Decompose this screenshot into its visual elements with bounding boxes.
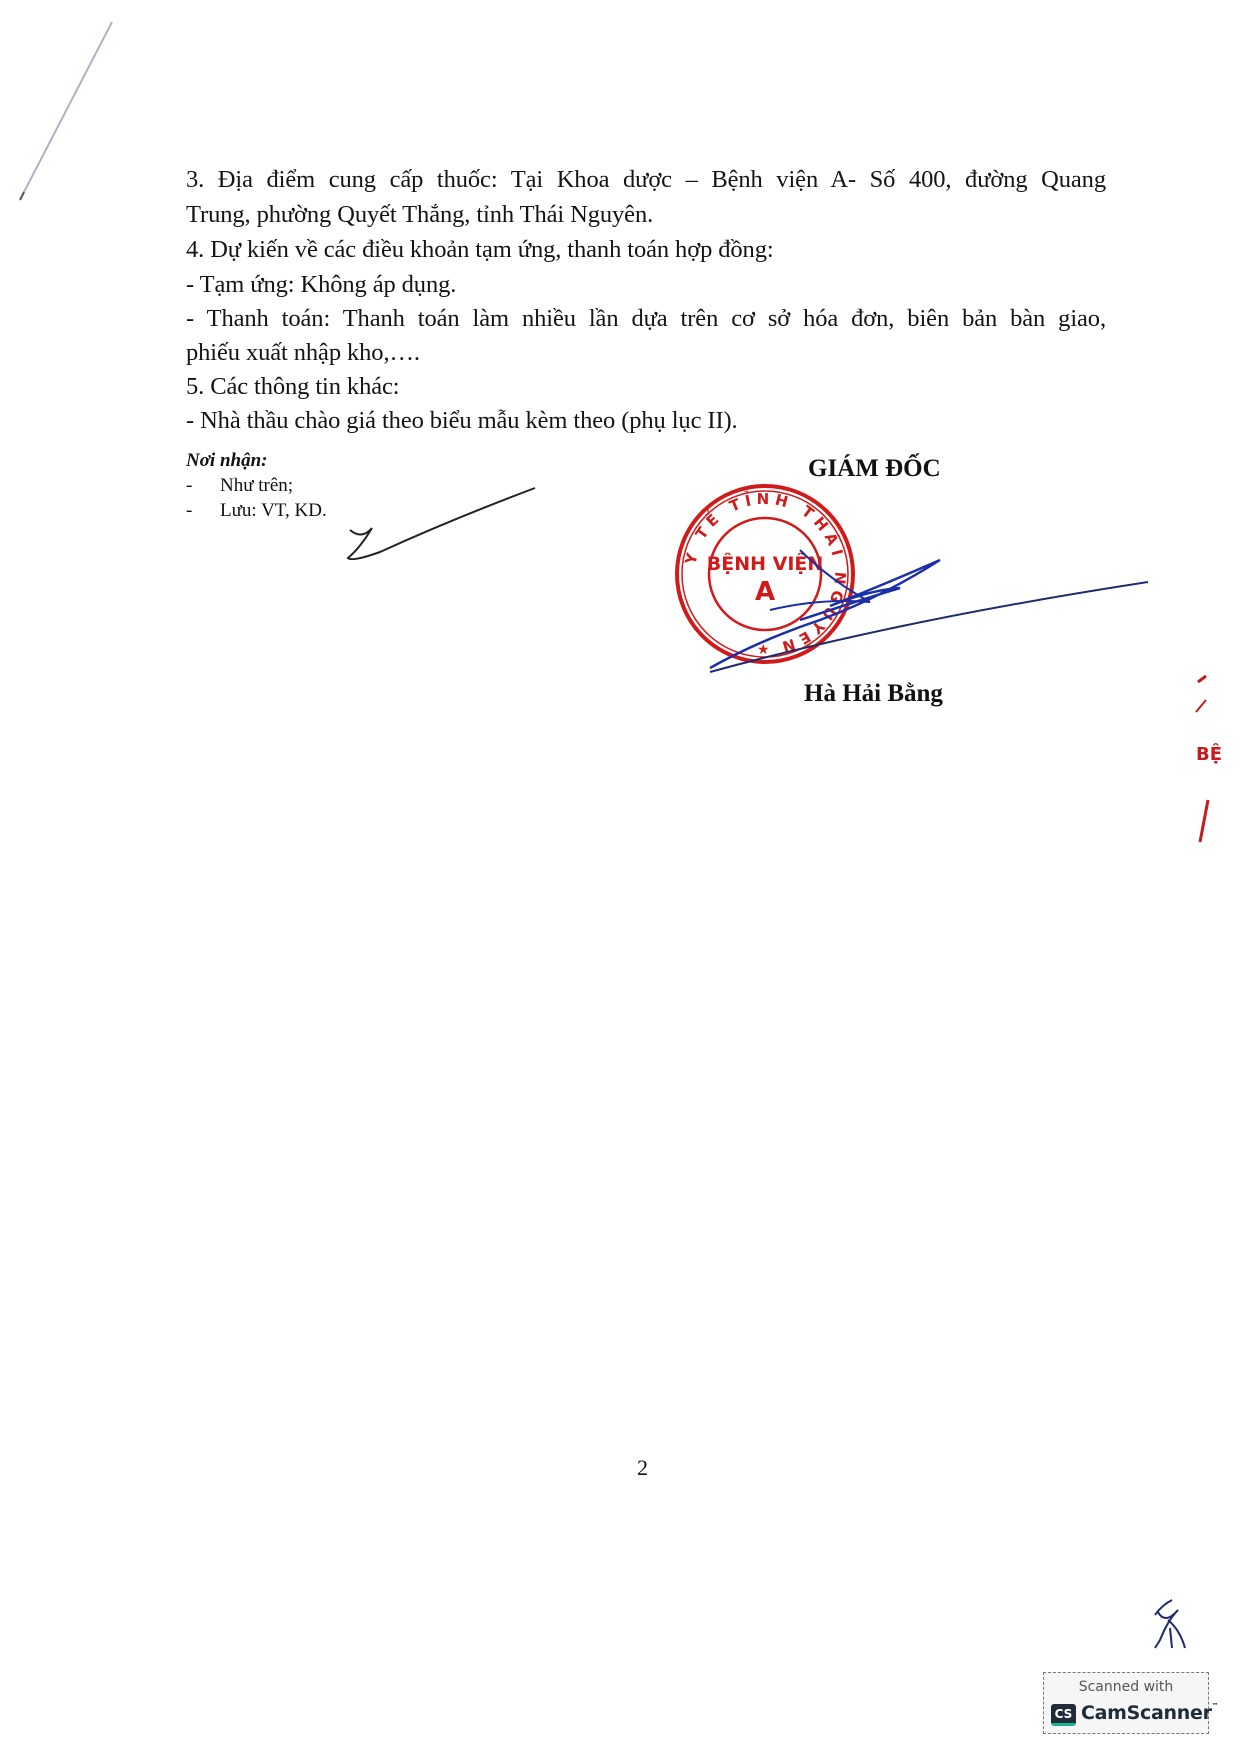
recipient-item: -Như trên;	[186, 475, 293, 497]
brand-text: CamScanner	[1081, 1702, 1212, 1724]
bullet-dash: -	[186, 475, 220, 497]
svg-text:Y TẾ TỈNH THÁI NGUYÊN: Y TẾ TỈNH THÁI NGUYÊN	[681, 488, 849, 657]
director-title: GIÁM ĐỐC	[808, 455, 941, 483]
director-name: Hà Hải Bằng	[804, 680, 943, 708]
recipient-text: Như trên;	[220, 475, 293, 496]
recipient-text: Lưu: VT, KD.	[220, 500, 327, 521]
stamp-outer-text: Y TẾ TỈNH THÁI NGUYÊN	[681, 488, 849, 657]
advance-payment-line: - Tạm ứng: Không áp dụng.	[186, 271, 456, 299]
recipient-item: -Lưu: VT, KD.	[186, 500, 327, 522]
bidder-quote-line: - Nhà thầu chào giá theo biểu mẫu kèm th…	[186, 407, 738, 435]
bullet-dash: -	[186, 500, 220, 522]
payment-line: - Thanh toán: Thanh toán làm nhiều lần d…	[186, 305, 1106, 333]
trademark: ™	[1212, 1702, 1219, 1710]
scanned-with-label: Scanned with	[1044, 1679, 1208, 1695]
camscanner-watermark: Scanned with CS CamScanner™	[1043, 1672, 1209, 1734]
item-3-delivery-location: 3. Địa điểm cung cấp thuốc: Tại Khoa dượ…	[186, 166, 1106, 194]
stamp-center-line1: BỆNH VIỆN	[707, 551, 824, 575]
edge-stamp-fragment-icon: BỆ	[1196, 676, 1222, 842]
initials-signature-icon	[348, 488, 535, 559]
camscanner-brand: CamScanner™	[1081, 1702, 1218, 1724]
edge-stamp-text: BỆ	[1196, 743, 1222, 765]
recipients-title: Nơi nhận:	[186, 450, 267, 472]
bottom-initials-icon	[1155, 1600, 1185, 1648]
camscanner-logo-icon: CS	[1051, 1704, 1076, 1726]
payment-line-cont: phiếu xuất nhập kho,….	[186, 339, 420, 367]
stamp-center-line2: A	[755, 577, 775, 607]
pen-mark-stroke	[24, 22, 112, 192]
item-4-payment-terms-heading: 4. Dự kiến về các điều khoản tạm ứng, th…	[186, 236, 774, 264]
page-number: 2	[637, 1455, 648, 1481]
director-signature-icon	[710, 550, 1148, 672]
item-5-other-info-heading: 5. Các thông tin khác:	[186, 373, 400, 401]
hospital-stamp-icon: Y TẾ TỈNH THÁI NGUYÊN BỆNH VIỆN A ★	[677, 486, 853, 662]
item-3-delivery-location-cont: Trung, phường Quyết Thắng, tỉnh Thái Ngu…	[186, 201, 653, 229]
svg-text:★: ★	[757, 642, 770, 658]
